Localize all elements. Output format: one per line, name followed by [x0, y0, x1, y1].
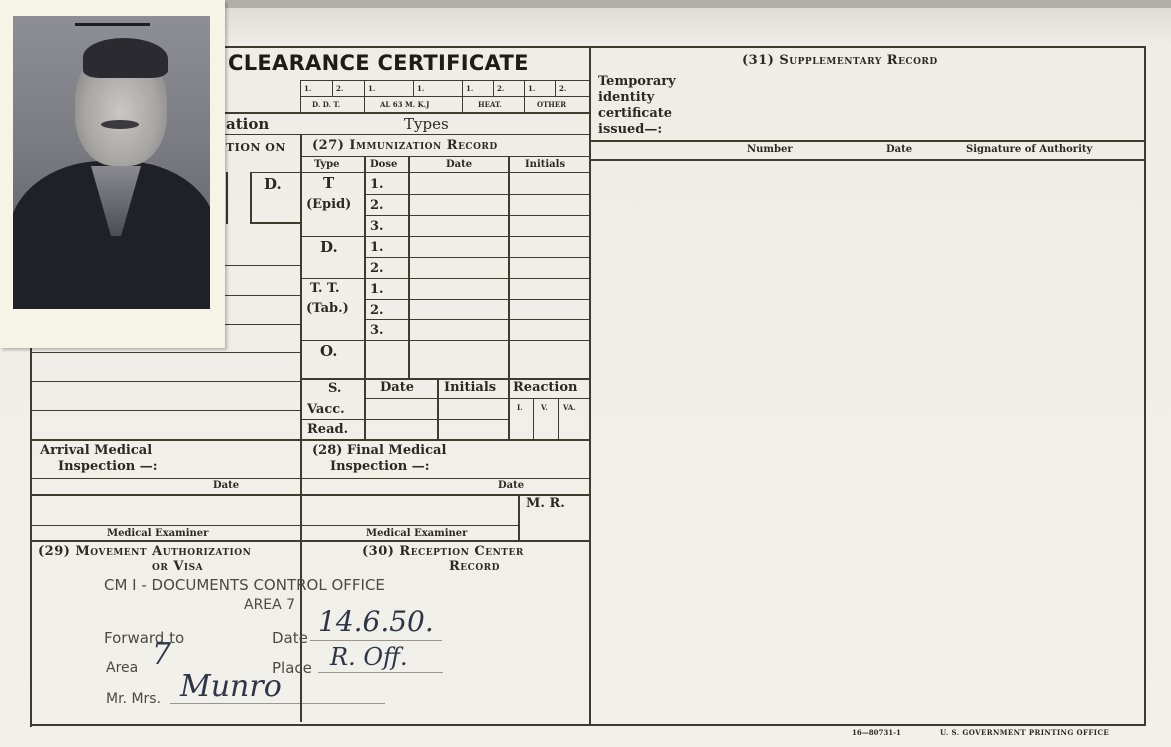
row-line: [30, 494, 589, 496]
stamp-area-value: 7: [152, 640, 171, 670]
delouse-col-line: [300, 80, 301, 112]
dose-number: 1.: [370, 178, 384, 191]
delouse-dose: 1.: [417, 85, 424, 92]
reaction-i: I.: [517, 404, 523, 411]
col-header-signature: Signature of Authority: [966, 145, 1092, 155]
row-line: [222, 265, 300, 266]
stamp-area-line: AREA 7: [244, 598, 295, 612]
portrait-photo-icon: [13, 16, 210, 309]
stamp-forward-to: Forward to: [104, 631, 184, 646]
arrival-examiner-label: Medical Examiner: [107, 529, 208, 539]
col-header-type: Type: [314, 160, 340, 170]
type-t-epid: T: [323, 176, 334, 191]
row-line: [222, 295, 300, 296]
row-line: [300, 172, 589, 173]
row-line: [30, 478, 589, 479]
row-line: [364, 194, 589, 195]
form-number: 16—80731-1: [852, 729, 901, 736]
type-tt-tab-sub: (Tab.): [306, 302, 349, 315]
frame-top: [222, 46, 1146, 48]
row-line: [30, 410, 300, 411]
row-line: [30, 439, 589, 441]
photo-hair: [83, 38, 168, 78]
type-d: D.: [320, 240, 338, 255]
svacc-date-header: Date: [380, 381, 414, 394]
box-line: [250, 172, 252, 224]
partial-label-ation: ation: [226, 117, 269, 132]
stamp-name-label: Mr. Mrs.: [106, 692, 161, 706]
temp-id-line2: identity: [598, 91, 654, 104]
delouse-dose: 2.: [559, 85, 566, 92]
photo-stamp-mark: [75, 23, 150, 26]
photo-mount: [0, 0, 225, 348]
col-header-initials: Initials: [525, 160, 565, 170]
stamp-date-value: 14.6.50.: [318, 608, 434, 636]
document-title: CLEARANCE CERTIFICATE: [228, 53, 529, 74]
divider-main-vertical: [589, 46, 591, 726]
type-t-epid-sub: (Epid): [306, 198, 351, 211]
final-examiner-label: Medical Examiner: [366, 529, 467, 539]
frame-left: [30, 345, 32, 727]
reception-center-label: (30) Reception Center: [362, 545, 524, 558]
visa-label: or Visa: [152, 560, 203, 573]
svacc-s: S.: [328, 382, 341, 395]
temp-id-line4: issued—:: [598, 123, 662, 136]
printer-imprint: U. S. GOVERNMENT PRINTING OFFICE: [940, 729, 1109, 736]
stamp-place-value: R. Off.: [330, 645, 408, 669]
col-header-date: Date: [886, 145, 912, 155]
scan-edge-shadow: [220, 0, 1171, 8]
col-line: [558, 398, 559, 440]
box-line: [250, 172, 300, 173]
dose-number: 1.: [370, 241, 384, 254]
delouse-dose: 1.: [304, 85, 311, 92]
svacc-initials-header: Initials: [444, 381, 496, 394]
mr-label: M. R.: [526, 497, 565, 510]
row-line: [589, 159, 1146, 161]
delouse-col-line: [493, 80, 494, 96]
delouse-type-al63: AL 63 M. K.J: [380, 101, 429, 108]
arrival-medical-label: Arrival Medical: [40, 444, 152, 457]
row-line: [30, 540, 589, 542]
col-line: [408, 157, 410, 379]
temp-id-line1: Temporary: [598, 75, 676, 88]
partial-label-tion-on: TION ON: [226, 142, 286, 153]
delouse-grid-mid: [300, 96, 589, 97]
reaction-v: V.: [541, 404, 548, 411]
delouse-col-line: [524, 80, 525, 112]
stamp-name-value: Munro: [180, 672, 282, 702]
row-line: [364, 215, 589, 216]
arrival-inspection-label: Inspection —:: [58, 460, 158, 473]
photo-moustache: [101, 120, 139, 129]
delouse-type-ddt: D. D. T.: [312, 101, 340, 108]
type-o: O.: [320, 344, 337, 359]
delouse-dose: 2.: [336, 85, 343, 92]
col-line: [533, 398, 534, 440]
delouse-type-heat: HEAT.: [478, 101, 502, 108]
col-header-dose: Dose: [370, 160, 397, 170]
supplementary-section-title: (31) Supplementary Record: [742, 54, 938, 67]
temp-id-line3: certificate: [598, 107, 672, 120]
arrival-date-label: Date: [213, 481, 239, 491]
stamp-date-label: Date: [272, 631, 308, 646]
dotted-rule: [310, 640, 442, 641]
dose-number: 3.: [370, 324, 384, 337]
svacc-read: Read.: [307, 423, 348, 436]
col-line: [437, 378, 439, 440]
delouse-col-line: [555, 80, 556, 96]
row-line: [300, 278, 589, 279]
type-tt-tab: T. T.: [310, 282, 340, 295]
col-line: [364, 378, 366, 440]
types-row-bottom: [222, 134, 589, 135]
d-label: D.: [264, 177, 282, 192]
dose-number: 3.: [370, 220, 384, 233]
frame-right: [1144, 46, 1146, 726]
row-line: [589, 140, 1146, 142]
types-label: Types: [404, 117, 449, 132]
delouse-col-line: [413, 80, 414, 96]
delouse-dose: 2.: [497, 85, 504, 92]
row-line: [364, 257, 589, 258]
row-line: [364, 398, 589, 399]
col-line: [508, 378, 510, 440]
row-line: [364, 299, 589, 300]
stamp-area-label: Area: [106, 661, 138, 675]
delouse-dose: 1.: [466, 85, 473, 92]
row-line: [222, 324, 300, 325]
dose-number: 2.: [370, 199, 384, 212]
delouse-col-line: [332, 80, 333, 96]
row-line: [300, 340, 589, 341]
delouse-dose: 1.: [528, 85, 535, 92]
immunization-section-title: (27) Immunization Record: [312, 139, 498, 152]
col-line: [364, 157, 366, 379]
delouse-grid-bottom: [222, 112, 589, 114]
col-line: [518, 494, 520, 541]
delouse-col-line: [462, 80, 463, 112]
movement-authorization-label: (29) Movement Authorization: [38, 545, 251, 558]
final-inspection-label: Inspection —:: [330, 460, 430, 473]
dose-number: 2.: [370, 304, 384, 317]
dotted-rule: [318, 672, 443, 673]
reaction-va: VA.: [563, 404, 576, 411]
row-line: [300, 236, 589, 237]
col-header-number: Number: [747, 145, 793, 155]
row-line: [30, 352, 300, 353]
delouse-dose: 1.: [368, 85, 375, 92]
stamp-office-line: CM I - DOCUMENTS CONTROL OFFICE: [104, 578, 385, 593]
final-date-label: Date: [498, 481, 524, 491]
box-line: [250, 222, 300, 224]
svacc-reaction-header: Reaction: [513, 381, 577, 394]
svacc-vacc: Vacc.: [307, 403, 345, 416]
reception-record-label: Record: [449, 560, 500, 573]
delouse-col-line: [364, 80, 365, 112]
row-line: [30, 525, 518, 526]
clearance-certificate-scan: CLEARANCE CERTIFICATE 1. 2. 1. 1. 1. 2. …: [0, 0, 1171, 747]
dotted-rule: [170, 703, 385, 704]
row-line: [300, 156, 589, 157]
final-medical-label: (28) Final Medical: [312, 444, 446, 457]
delouse-type-other: OTHER: [537, 101, 566, 108]
row-line: [30, 381, 300, 382]
dose-number: 2.: [370, 262, 384, 275]
box-line: [226, 172, 228, 224]
col-header-date: Date: [446, 160, 472, 170]
row-line: [364, 319, 589, 320]
row-line: [300, 419, 508, 420]
delouse-grid-top: [300, 80, 589, 81]
frame-bottom: [30, 724, 1146, 726]
dose-number: 1.: [370, 283, 384, 296]
col-line: [508, 157, 510, 379]
